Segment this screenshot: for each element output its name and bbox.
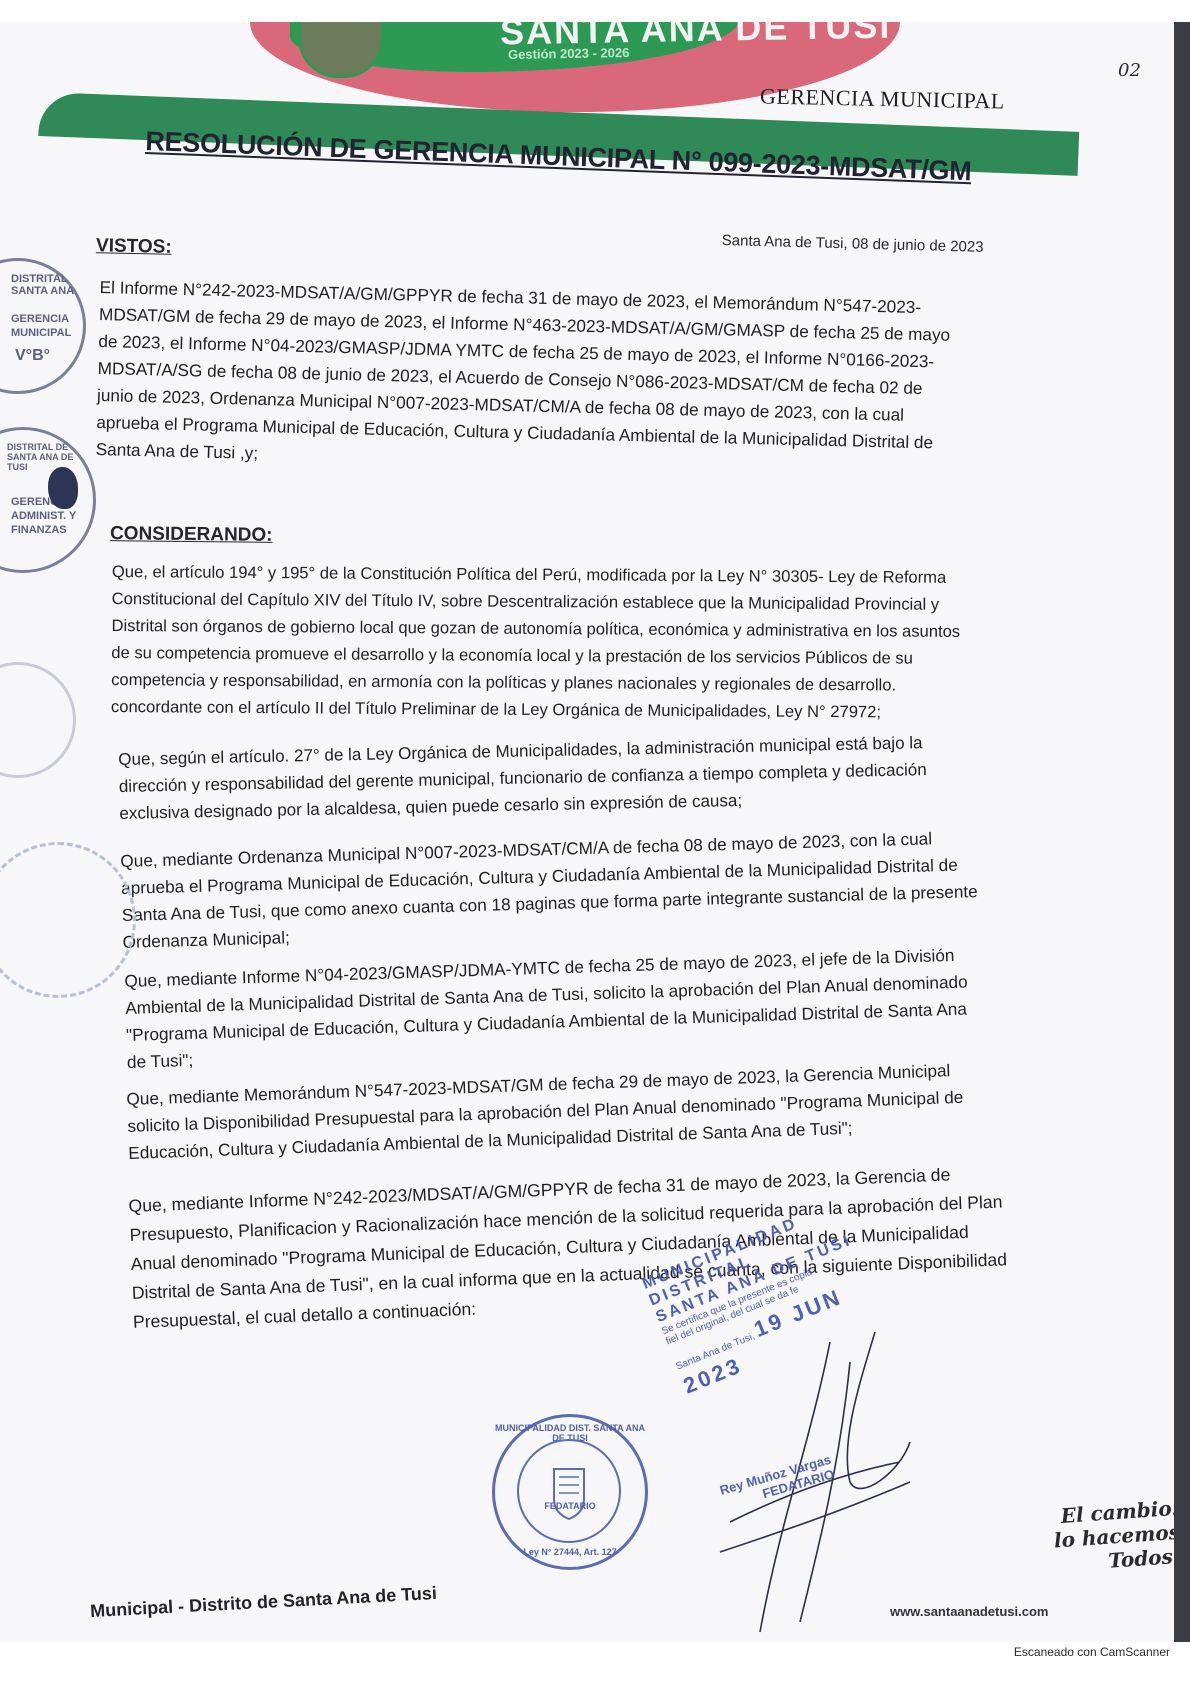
- considerando-paragraph: Que, según el artículo. 27° de la Ley Or…: [118, 729, 928, 827]
- considerando-paragraph: Que, mediante Informe N°04-2023/GMASP/JD…: [124, 942, 970, 1076]
- page-edge-shadow: [1174, 22, 1190, 1642]
- gerencia-finanzas-stamp: DISTRITAL DE SANTA ANA DE TUSI GERENCIA …: [0, 427, 96, 573]
- fedatario-seal: MUNICIPALIDAD DIST. SANTA ANA DE TUSI FE…: [492, 1414, 648, 1570]
- considerando-paragraph: Que, el artículo 194° y 195° de la Const…: [111, 558, 961, 726]
- text-line: concordante con el artículo II del Títul…: [111, 693, 960, 726]
- considerando-paragraph: Que, mediante Memorándum N°547-2023-MDSA…: [126, 1057, 965, 1167]
- coat-of-arms-icon: [519, 1441, 619, 1541]
- vistos-heading: VISTOS:: [96, 235, 172, 259]
- scanned-page: SANTA ANA DE TUSI Gestión 2023 - 2026 GE…: [0, 22, 1180, 1642]
- footer-website: www.santaanadetusi.com: [890, 1604, 1048, 1619]
- ink-blot: [48, 467, 78, 509]
- faded-stamp: [0, 662, 76, 778]
- gerencia-municipal-stamp: DISTRITAL SANTA ANA GERENCIA MUNICIPAL V…: [0, 258, 86, 394]
- place-date: Santa Ana de Tusi, 08 de junio de 2023: [722, 232, 984, 256]
- scanner-watermark: Escaneado con CamScanner: [1014, 1645, 1170, 1659]
- slogan: El cambio. lo hacemos Todos!: [998, 1496, 1180, 1580]
- faded-blue-stamp: [0, 842, 136, 998]
- considerando-paragraph: Que, mediante Ordenanza Municipal N°007-…: [120, 824, 979, 956]
- vistos-paragraph: El Informe N°242-2023-MDSAT/A/GM/GPPYR d…: [95, 274, 951, 484]
- banner-subtitle: Gestión 2023 - 2026: [508, 45, 630, 62]
- handwritten-page-number: 02: [1118, 60, 1141, 81]
- department-name: GERENCIA MUNICIPAL: [760, 83, 1005, 114]
- considerando-heading: CONSIDERANDO:: [110, 523, 273, 547]
- footer-district-name: Municipal - Distrito de Santa Ana de Tus…: [90, 1583, 438, 1622]
